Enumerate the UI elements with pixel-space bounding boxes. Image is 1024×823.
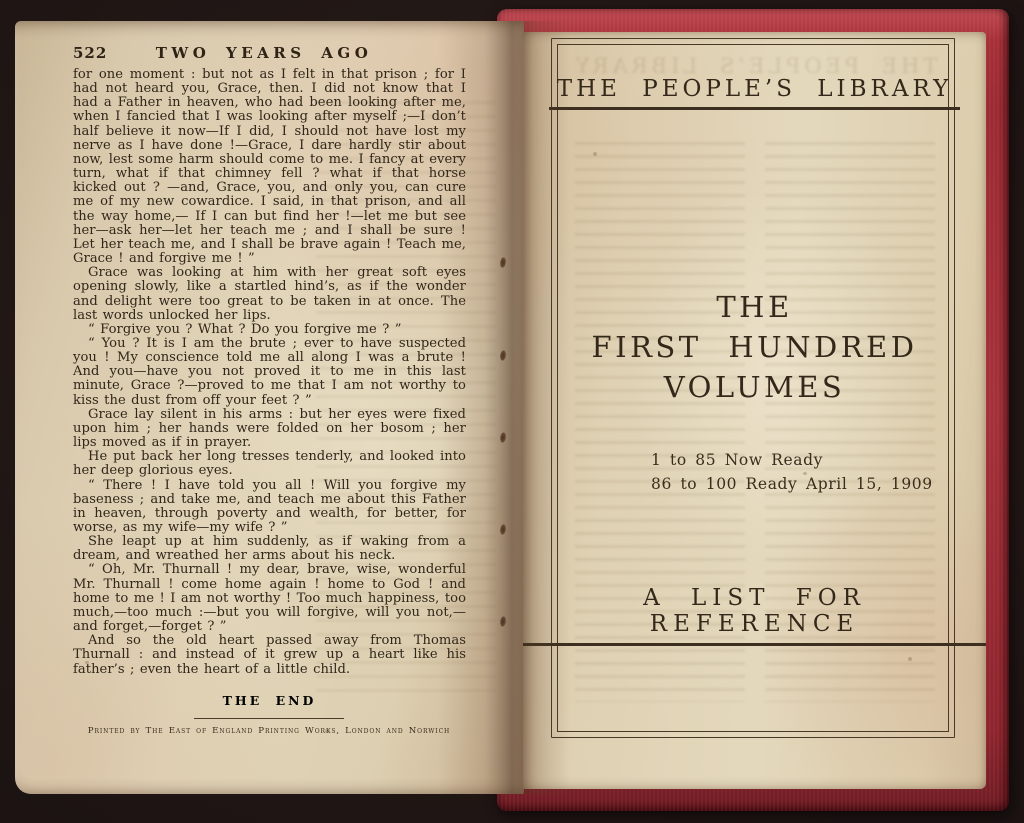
book-photo: 522 TWO YEARS AGO for one moment : but n… xyxy=(0,0,1024,823)
running-title: TWO YEARS AGO xyxy=(73,44,455,62)
volumes-title-line: FIRST HUNDRED xyxy=(523,327,986,367)
volumes-title-line: VOLUMES xyxy=(523,367,986,407)
ready-line: 86 to 100 Ready April 15, 1909 xyxy=(651,473,933,497)
paragraph: She leapt up at him suddenly, as if waki… xyxy=(73,535,466,563)
right-page: THE PEOPLE’S LIBRARY THE PEOPLE’S LIBRAR… xyxy=(523,32,986,789)
ready-dates: 1 to 85 Now Ready86 to 100 Ready April 1… xyxy=(651,449,933,496)
foxing-speck xyxy=(85,661,89,664)
printer-rule xyxy=(194,718,344,719)
left-page-header: 522 TWO YEARS AGO xyxy=(73,44,465,64)
foxing-speck xyxy=(593,152,597,156)
paragraph: “ You ? It is I am the brute ; ever to h… xyxy=(73,337,466,408)
foxing-speck xyxy=(803,472,807,475)
foxing-speck xyxy=(908,657,912,661)
paragraph: He put back her long tresses tenderly, a… xyxy=(73,450,466,478)
reference-footer-text: A LIST FOR REFERENCE xyxy=(523,585,986,646)
printer-imprint: Printed by The East of England Printing … xyxy=(73,718,465,736)
volumes-title: THEFIRST HUNDREDVOLUMES xyxy=(523,287,986,407)
paragraph: Grace was looking at him with her great … xyxy=(73,266,466,323)
library-header-text: THE PEOPLE’S LIBRARY xyxy=(549,76,961,110)
paragraph: Grace lay silent in his arms : but her e… xyxy=(73,408,466,450)
reference-footer: A LIST FOR REFERENCE xyxy=(523,585,986,646)
the-end-label: THE END xyxy=(73,693,466,708)
printer-line: Printed by The East of England Printing … xyxy=(73,726,465,736)
paragraph: for one moment : but not as I felt in th… xyxy=(73,68,466,266)
ready-line: 1 to 85 Now Ready xyxy=(651,449,933,473)
paragraph: And so the old heart passed away from Th… xyxy=(73,634,466,676)
left-page: 522 TWO YEARS AGO for one moment : but n… xyxy=(15,21,524,794)
the-end-wrap: THE END xyxy=(73,678,466,708)
paragraph: “ Oh, Mr. Thurnall ! my dear, brave, wis… xyxy=(73,563,466,634)
body-text: for one moment : but not as I felt in th… xyxy=(73,68,466,677)
library-header: THE PEOPLE’S LIBRARY xyxy=(523,76,986,110)
volumes-title-line: THE xyxy=(523,287,986,327)
paragraph: “ There ! I have told you all ! Will you… xyxy=(73,479,466,536)
paragraph: “ Forgive you ? What ? Do you forgive me… xyxy=(73,323,466,337)
foxing-speck xyxy=(325,729,330,733)
